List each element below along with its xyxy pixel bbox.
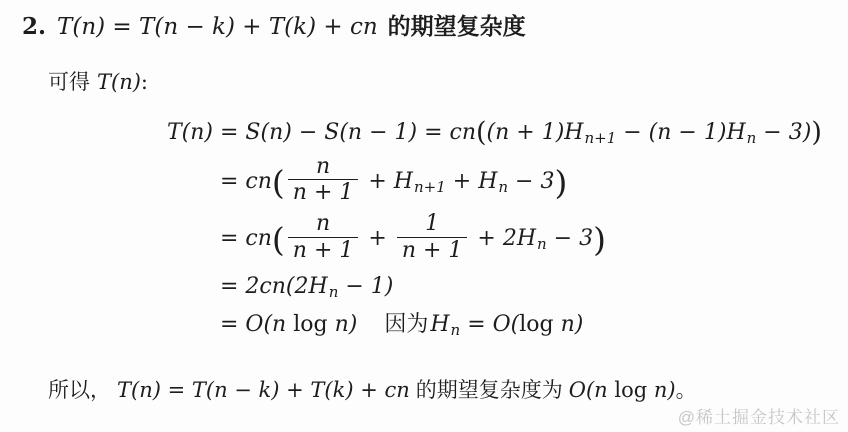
open-paren-big: (: [476, 117, 487, 148]
subscript: n: [451, 321, 461, 339]
section-heading: 2.T(n) = T(n − k) + T(k) + cn的期望复杂度: [22, 13, 526, 42]
equation-rhs: = O(n log n)因为Hn = O(log n): [220, 311, 583, 340]
conclusion-result-tail: n): [647, 378, 675, 402]
derivation-block: T(n)= S(n) − S(n − 1) = cn((n + 1)Hn+1 −…: [163, 116, 822, 347]
equation-row-4: = 2cn(2Hn − 1): [163, 271, 822, 303]
math-run: + H: [446, 169, 498, 194]
conclusion-line: 所以，T(n) = T(n − k) + T(k) + cn的期望复杂度为O(n…: [48, 377, 697, 403]
fraction-numerator: n: [288, 154, 359, 179]
heading-formula: T(n) = T(n − k) + T(k) + cn: [57, 14, 378, 40]
fraction-denominator: n + 1: [288, 237, 359, 263]
equation-row-1: T(n)= S(n) − S(n − 1) = cn((n + 1)Hn+1 −…: [163, 116, 822, 150]
subscript: n+1: [584, 129, 616, 147]
log-operator: log: [293, 312, 327, 337]
heading-title-zh: 的期望复杂度: [388, 13, 526, 40]
open-paren-tall: (: [272, 163, 285, 202]
math-run: − 3: [756, 120, 802, 145]
math-run: = O(n: [220, 312, 293, 337]
equation-lhs: T(n): [163, 119, 213, 147]
equation-row-3: = cn(nn + 1 + 1n + 1 + 2Hn − 3): [163, 213, 822, 265]
math-run: = cn: [220, 226, 272, 251]
subscript: n: [498, 178, 508, 196]
conclusion-middle-zh: 的期望复杂度为: [416, 378, 563, 402]
fraction-denominator: n + 1: [397, 237, 468, 263]
math-run: + H: [361, 169, 413, 194]
math-run: − 3: [547, 226, 593, 251]
math-run: − 1): [338, 274, 393, 299]
math-run: = 2cn(2H: [220, 274, 328, 299]
equation-row-5: = O(n log n)因为Hn = O(log n): [163, 309, 822, 341]
equation-row-2: = cn(nn + 1 + Hn+1 + Hn − 3): [163, 156, 822, 208]
intro-prefix: 可得: [48, 70, 90, 94]
fraction: 1n + 1: [397, 211, 468, 263]
document-page: 2.T(n) = T(n − k) + T(k) + cn的期望复杂度 可得T(…: [0, 0, 848, 432]
log-operator: log: [519, 312, 553, 337]
conclusion-formula: T(n) = T(n − k) + T(k) + cn: [117, 378, 410, 402]
math-run: (n + 1)H: [487, 120, 584, 145]
intro-formula: T(n): [97, 70, 141, 94]
math-run: = O(: [460, 312, 519, 337]
intro-colon: :: [141, 70, 148, 94]
fraction-numerator: 1: [397, 211, 468, 236]
open-paren-tall: (: [272, 220, 285, 259]
subscript: n: [329, 283, 339, 301]
equation-rhs: = cn(nn + 1 + 1n + 1 + 2Hn − 3): [220, 213, 606, 265]
conclusion-prefix-zh: 所以，: [48, 378, 111, 402]
math-run: + 2H: [470, 226, 536, 251]
math-run: − (n − 1)H: [616, 120, 745, 145]
conclusion-result: O(n: [569, 378, 615, 402]
close-paren-big: ): [811, 117, 822, 148]
because-label-zh: 因为: [384, 312, 428, 337]
close-paren-tall: ): [554, 163, 567, 202]
log-operator: log: [614, 378, 647, 402]
math-run: n): [328, 312, 358, 337]
intro-line: 可得T(n):: [48, 69, 148, 95]
close-paren-tall: ): [593, 220, 606, 259]
subscript: n+1: [414, 178, 446, 196]
watermark: @稀土掘金技术社区: [678, 407, 840, 428]
math-run: = S(n) − S(n − 1) = cn: [220, 120, 476, 145]
math-run: +: [361, 226, 393, 251]
math-run: = cn: [220, 169, 272, 194]
equation-rhs: = cn(nn + 1 + Hn+1 + Hn − 3): [220, 156, 567, 208]
fraction: nn + 1: [288, 211, 359, 263]
fraction-numerator: n: [288, 211, 359, 236]
math-run: H: [430, 312, 449, 337]
subscript: n: [537, 235, 547, 253]
math-run: n): [554, 312, 584, 337]
subscript: n: [747, 129, 757, 147]
equation-rhs: = 2cn(2Hn − 1): [220, 273, 393, 302]
conclusion-period-zh: 。: [676, 378, 697, 402]
equation-rhs: = S(n) − S(n − 1) = cn((n + 1)Hn+1 − (n …: [220, 116, 822, 150]
math-run: − 3: [508, 169, 554, 194]
fraction-denominator: n + 1: [288, 179, 359, 205]
fraction: nn + 1: [288, 154, 359, 206]
section-number: 2.: [22, 13, 46, 40]
